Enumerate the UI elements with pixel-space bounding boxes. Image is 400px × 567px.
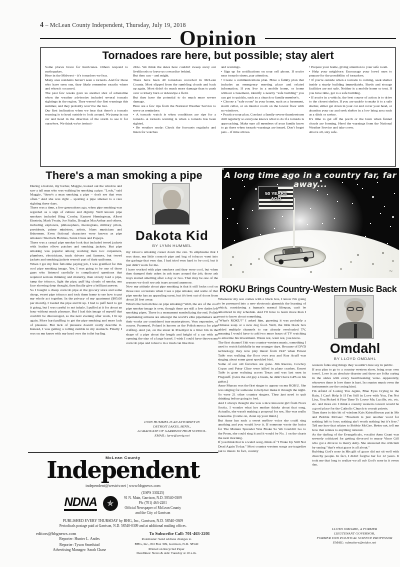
postmaster-info: Postmaster: Send address changes to BHG,… <box>123 537 210 555</box>
glasses-icon <box>356 307 363 311</box>
header-rule-right <box>265 38 396 39</box>
masthead-title: Independent <box>28 460 218 482</box>
car-wheel-left <box>278 259 283 264</box>
portrait-tie <box>354 324 357 338</box>
moon-craters <box>222 168 224 170</box>
editorial-column-3: and warnings. • Sign up for notification… <box>221 65 304 164</box>
masthead: McLean County Independent independent@we… <box>28 455 218 556</box>
subscribe-line: To Subscribe Call: 701-463-2201 <box>149 531 210 537</box>
ndna-logo-text: NDNA <box>64 496 97 508</box>
editorial-column-1: Some places brace for hurricanes. Others… <box>45 65 128 164</box>
header-rule-left <box>40 38 171 39</box>
ndna-logo-bar <box>64 509 97 512</box>
masthead-divider <box>28 452 218 453</box>
car-wheel-right <box>303 257 308 262</box>
masthead-logo-row: NDNA ✯ (USPS 330225) 91 N. Main, Garriso… <box>28 491 218 515</box>
columnist-name-dakota-kid: Dakota Kid <box>126 228 218 243</box>
editorial-column-4: • Prepare your home, giving attention to… <box>309 65 392 164</box>
flag-text: 50 YEARS AGO <box>259 191 293 202</box>
columnist-name-omdahl: Omdahl <box>312 341 398 356</box>
pipe-article-credit: LYNN HUMMEL IS AN ATTORNEY IN DETROIT LA… <box>126 420 218 446</box>
portrait-face <box>346 301 364 322</box>
glasses-icon <box>347 307 354 311</box>
editorial-headline: Tornadoes rare here, but possible; stay … <box>40 50 396 62</box>
roku-article-byline: BY LLOYD OMDAHL <box>312 356 398 361</box>
masthead-contact: independent@westriv.net | www.bhgnews.co… <box>28 483 218 488</box>
masthead-contact-row: editors@bhgnews.com To Subscribe Call: 7… <box>28 529 218 537</box>
pipe-article-column-2: my tobacco smoking career down the can. … <box>126 250 218 416</box>
editorial-cartoon: 50 YEARS AGO ~ A long time ago in a coun… <box>222 168 399 278</box>
roku-article-column-2: western folks sing things they wouldn't … <box>312 363 399 523</box>
cartoon-caption: A long time ago in a country far, far aw… <box>222 171 399 189</box>
pipe-article-byline: BY LYNN HUMMEL <box>126 243 218 248</box>
roku-article-column-1: Whenever my son comes with a black box, … <box>218 297 306 559</box>
cartoonist-signature: ~ <box>389 269 393 275</box>
press-association-seal-icon: ✯ <box>103 496 118 511</box>
masthead-staff-row: Reporter: Hunter L. Andes Reporter: Tyso… <box>28 536 218 555</box>
editorial-column-2: cible. We think the skies here couldn't … <box>133 65 216 164</box>
pipe-article-column-1: During a haircut, my barber, Maggie, loo… <box>30 184 122 450</box>
portrait-face <box>163 190 181 210</box>
staff-list: Reporter: Hunter L. Andes Reporter: Tyso… <box>36 537 123 555</box>
ndna-logo: NDNA <box>64 496 97 512</box>
portrait-shoulders <box>155 209 189 225</box>
editors-email: editors@bhgnews.com <box>36 531 76 537</box>
omdahl-portrait <box>334 295 374 339</box>
dakota-kid-portrait <box>152 183 190 225</box>
usps-info: (USPS 330225) 91 N. Main, Garrison, N.D.… <box>124 491 182 515</box>
us-flag-icon: 50 YEARS AGO <box>258 186 294 210</box>
pipe-article-headline: There's a man smoking a pipe <box>28 170 220 182</box>
roku-article-headline: ROKU Brings Country-Western Music Back <box>216 284 400 294</box>
roku-article-credit: LLOYD OMDAHL, A FORMER LIEUTENANT GOVERN… <box>310 527 399 555</box>
